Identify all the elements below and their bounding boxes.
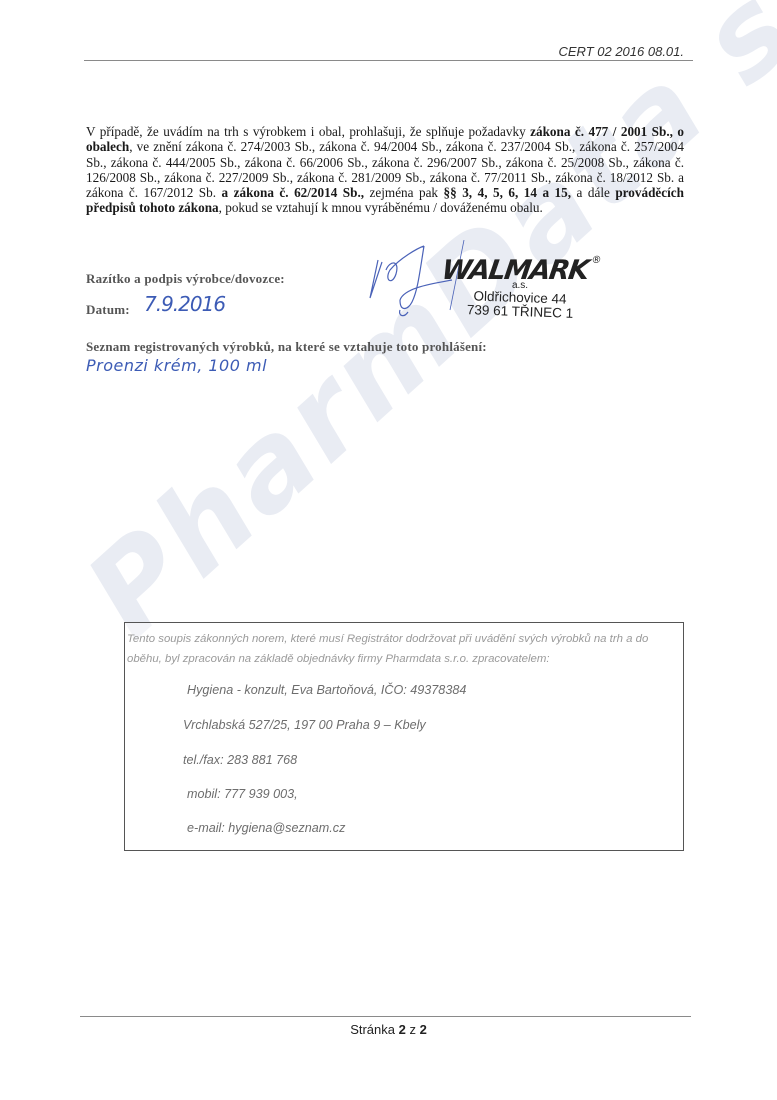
handwritten-product: Proenzi krém, 100 ml [86, 356, 267, 375]
processor-info-box: Tento soupis zákonných norem, které musí… [124, 622, 684, 851]
current-page: 2 [399, 1022, 406, 1037]
processor-address: Vrchlabská 527/25, 197 00 Praha 9 – Kbel… [183, 718, 426, 732]
date-label: Datum: [86, 302, 130, 318]
page-number: Stránka 2 z 2 [0, 1022, 777, 1037]
declaration-sections-bold: §§ 3, 4, 5, 6, 14 a 15, [444, 185, 572, 200]
footer-divider [80, 1016, 691, 1017]
declaration-text: V případě, že uvádím na trh s výrobkem i… [86, 124, 530, 139]
stamp-signature-label: Razítko a podpis výrobce/dovozce: [86, 271, 285, 287]
processor-phone: tel./fax: 283 881 768 [183, 753, 297, 767]
declaration-text: , pokud se vztahují k mnou vyráběnému / … [219, 200, 543, 215]
declaration-law-bold: a zákona č. 62/2014 Sb., [222, 185, 365, 200]
document-reference: CERT 02 2016 08.01. [558, 44, 684, 59]
handwritten-date: 7.9.2016 [144, 292, 225, 316]
registered-products-label: Seznam registrovaných výrobků, na které … [86, 339, 487, 355]
processor-mobile: mobil: 777 939 003, [187, 787, 298, 801]
walmark-logo: WALMARK® [440, 255, 601, 286]
declaration-text: zejména pak [364, 185, 443, 200]
processor-name: Hygiena - konzult, Eva Bartoňová, IČO: 4… [187, 683, 466, 697]
declaration-paragraph: V případě, že uvádím na trh s výrobkem i… [86, 124, 684, 216]
watermark: PharmData s. r. o. [60, 0, 777, 663]
header-divider [84, 60, 693, 61]
company-stamp: WALMARK® a.s. Oldřichovice 44 739 61 TŘI… [440, 255, 600, 319]
processor-email: e-mail: hygiena@seznam.cz [187, 821, 345, 835]
total-pages: 2 [420, 1022, 427, 1037]
declaration-text: a dále [571, 185, 615, 200]
info-box-intro: Tento soupis zákonných norem, které musí… [125, 629, 679, 669]
